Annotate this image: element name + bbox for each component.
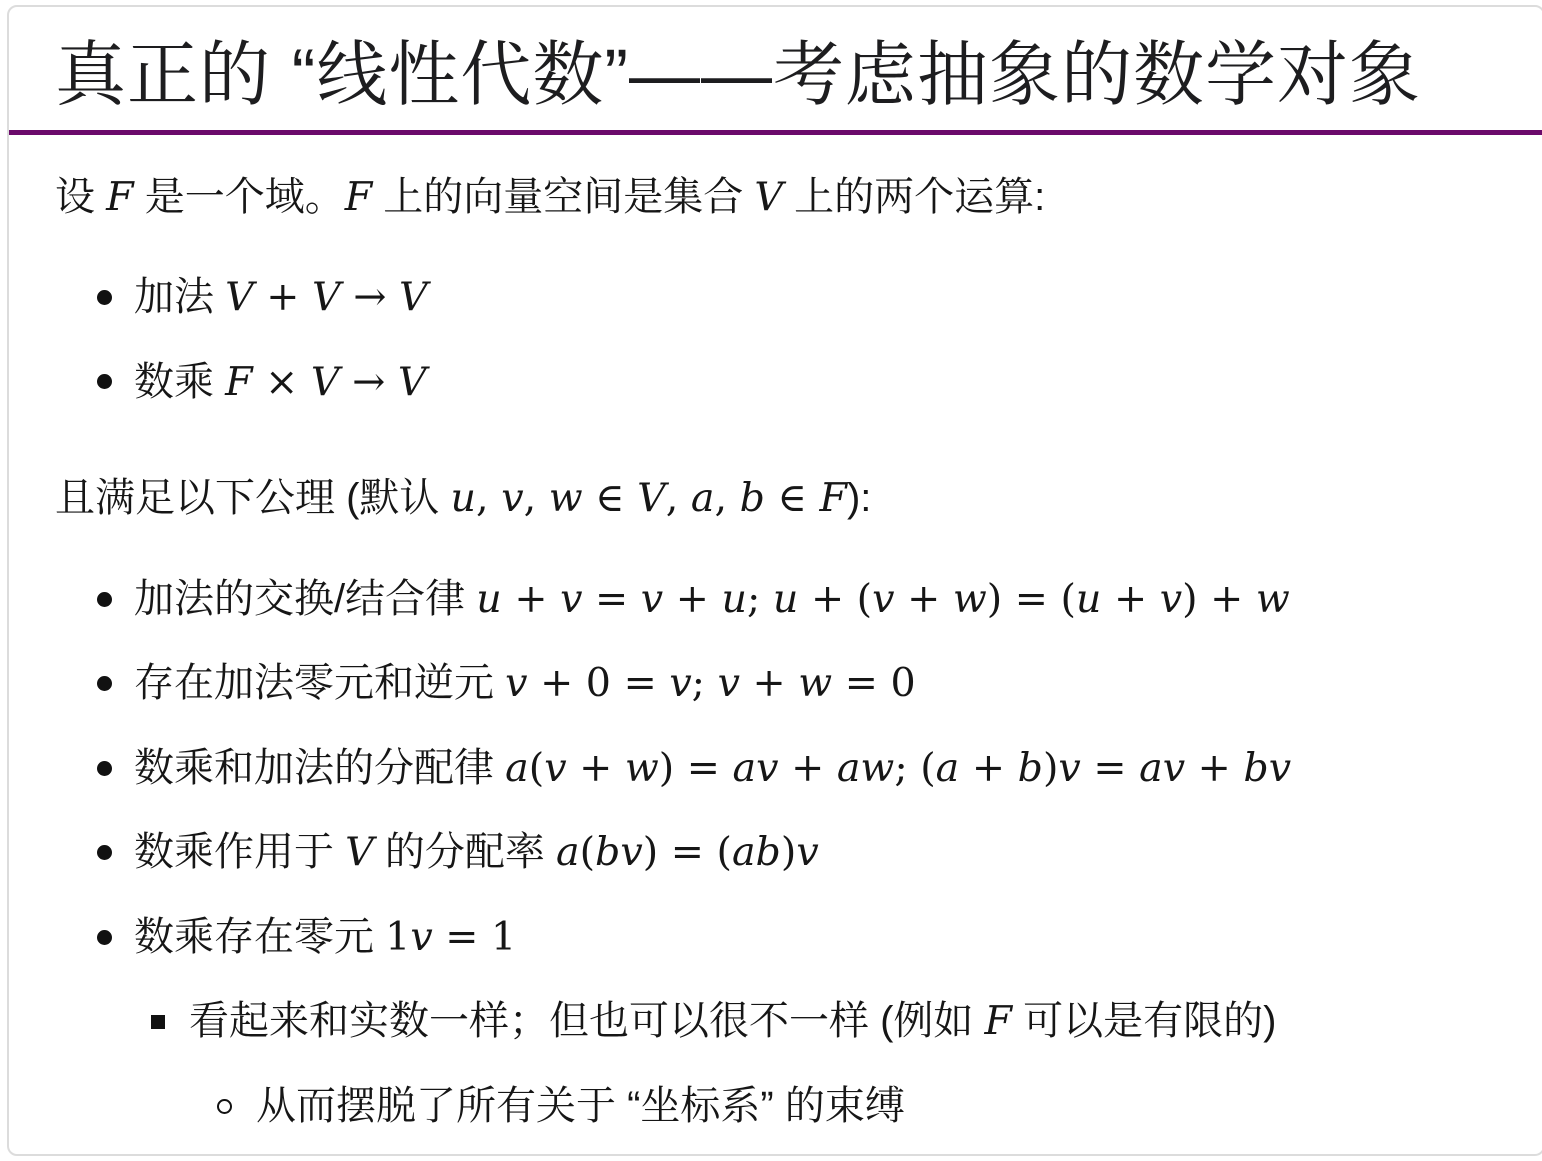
math-expression: V xyxy=(754,174,783,220)
math-expression: F xyxy=(985,998,1012,1044)
axiom-zero-and-inverse: 存在加法零元和逆元 v + 0 = v; v + w = 0 xyxy=(134,661,916,706)
math-expression: F xyxy=(345,174,372,220)
bullet-disc-icon xyxy=(97,761,112,776)
list-item: 数乘 F × V → V xyxy=(55,360,1497,405)
math-expression: V + V → V xyxy=(225,274,427,320)
math-expression: u + v = v + u; u + (v + w) = (u + v) + w xyxy=(476,576,1290,622)
list-item: 从而摆脱了所有关于 “坐标系” 的束缚 xyxy=(55,1084,1497,1128)
math-expression: a(bv) = (ab)v xyxy=(556,829,819,875)
text-run: 设 xyxy=(55,175,106,219)
math-expression: V xyxy=(345,829,374,875)
math-expression: u, v, w ∈ V, a, b ∈ F xyxy=(451,475,847,521)
text-run: 数乘存在零元 xyxy=(134,915,385,959)
text-run: 且满足以下公理 (默认 xyxy=(55,476,451,520)
list-item: 数乘作用于 V 的分配率 a(bv) = (ab)v xyxy=(55,830,1497,875)
text-run: 上的两个运算: xyxy=(783,175,1045,219)
text-run: 加法 xyxy=(134,275,225,319)
axioms-intro-paragraph: 且满足以下公理 (默认 u, v, w ∈ V, a, b ∈ F): xyxy=(55,476,1497,521)
operation-scalar-multiplication: 数乘 F × V → V xyxy=(134,360,426,405)
intro-paragraph: 设 F 是一个域。F 上的向量空间是集合 V 上的两个运算: xyxy=(55,175,1497,220)
page-title: 真正的 “线性代数”——考虑抽象的数学对象 xyxy=(9,7,1542,130)
bullet-disc-icon xyxy=(97,592,112,607)
list-item: 数乘和加法的分配律 a(v + w) = av + aw; (a + b)v =… xyxy=(55,746,1497,791)
bullet-disc-icon xyxy=(97,290,112,305)
text-run: 存在加法零元和逆元 xyxy=(134,661,505,705)
math-expression: 1v = 1 xyxy=(385,914,516,960)
list-item: 数乘存在零元 1v = 1 xyxy=(55,915,1497,960)
math-expression: F × V → V xyxy=(225,359,426,405)
bullet-square-icon xyxy=(151,1015,165,1029)
operation-addition: 加法 V + V → V xyxy=(134,275,428,320)
note-like-reals: 看起来和实数一样；但也可以很不一样 (例如 F 可以是有限的) xyxy=(189,999,1276,1044)
list-item: 存在加法零元和逆元 v + 0 = v; v + w = 0 xyxy=(55,661,1497,706)
axiom-scalar-associativity: 数乘作用于 V 的分配率 a(bv) = (ab)v xyxy=(134,830,819,875)
bullet-disc-icon xyxy=(97,930,112,945)
text-run: 数乘和加法的分配律 xyxy=(134,746,505,790)
bullet-disc-icon xyxy=(97,374,112,389)
axioms-list: 加法的交换/结合律 u + v = v + u; u + (v + w) = (… xyxy=(55,577,1497,1128)
bullet-open-circle-icon xyxy=(217,1099,232,1114)
text-run: ): xyxy=(847,476,871,520)
math-expression: v + 0 = v; v + w = 0 xyxy=(505,660,916,706)
list-item: 加法 V + V → V xyxy=(55,275,1497,320)
slide-content: 设 F 是一个域。F 上的向量空间是集合 V 上的两个运算: 加法 V + V … xyxy=(9,135,1542,1128)
math-expression: a(v + w) = av + aw; (a + b)v = av + bv xyxy=(505,745,1291,791)
axiom-commutativity-associativity: 加法的交换/结合律 u + v = v + u; u + (v + w) = (… xyxy=(134,577,1290,622)
bullet-disc-icon xyxy=(97,676,112,691)
note-free-of-coordinates: 从而摆脱了所有关于 “坐标系” 的束缚 xyxy=(256,1084,905,1128)
text-run: 加法的交换/结合律 xyxy=(134,577,476,621)
text-run: 可以是有限的) xyxy=(1012,999,1276,1043)
text-run: 看起来和实数一样；但也可以很不一样 (例如 xyxy=(189,999,985,1043)
axiom-distributivity: 数乘和加法的分配律 a(v + w) = av + aw; (a + b)v =… xyxy=(134,746,1291,791)
bullet-disc-icon xyxy=(97,845,112,860)
axiom-multiplicative-identity: 数乘存在零元 1v = 1 xyxy=(134,915,516,960)
text-run: 数乘作用于 xyxy=(134,830,345,874)
list-item: 加法的交换/结合律 u + v = v + u; u + (v + w) = (… xyxy=(55,577,1497,622)
text-run: 从而摆脱了所有关于 “坐标系” 的束缚 xyxy=(256,1084,905,1128)
text-run: 上的向量空间是集合 xyxy=(372,175,754,219)
text-run: 的分配率 xyxy=(374,830,556,874)
slide-card: 真正的 “线性代数”——考虑抽象的数学对象 设 F 是一个域。F 上的向量空间是… xyxy=(7,5,1542,1156)
text-run: 数乘 xyxy=(134,360,225,404)
spacer xyxy=(55,444,1497,476)
text-run: 是一个域。 xyxy=(134,175,345,219)
list-item: 看起来和实数一样；但也可以很不一样 (例如 F 可以是有限的) xyxy=(55,999,1497,1044)
operations-list: 加法 V + V → V 数乘 F × V → V xyxy=(55,275,1497,404)
math-expression: F xyxy=(106,174,133,220)
